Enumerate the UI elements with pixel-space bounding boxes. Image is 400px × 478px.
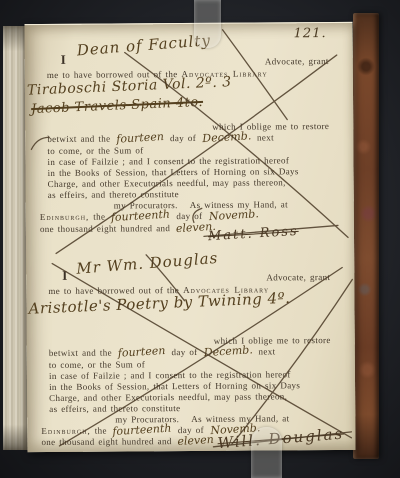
photo-of-register-page: { "page": { "number": "121.", "paper_col…: [0, 0, 400, 478]
entry2-year-word: eleven: [177, 433, 214, 448]
entry2-year-line: one thousand eight hundred and eleven: [41, 431, 216, 450]
entry1-return-month: Decemb.: [202, 129, 252, 145]
borrow-entry-1: I Dean of Faculty Advocate, grant me to …: [25, 23, 353, 25]
entry1-borrower-name: Dean of Faculty: [77, 36, 211, 56]
marbled-board-edge: [353, 13, 379, 459]
entry1-signature: Matt. Ross: [208, 224, 299, 243]
entry2-advocate-grant: Advocate, grant: [266, 267, 330, 285]
entry2-book-title-1: Aristotle's Poetry by Twining 4º.: [28, 293, 290, 314]
entry2-borrower-name: Mr Wm. Douglas: [76, 254, 218, 274]
register-page: 121. I Dean of Faculty Advocate, grant m…: [25, 22, 356, 452]
entry1-book-title-2-struck: Jacob Travels Spain 4to.: [31, 96, 203, 115]
page-holder-strip-top: [194, 0, 221, 48]
page-holder-strip-bottom: [251, 427, 282, 478]
page-number: 121.: [294, 26, 327, 41]
borrow-entry-2: I Mr Wm. Douglas Advocate, grant me to h…: [25, 23, 353, 25]
entry1-advocate-grant: Advocate, grant: [265, 51, 329, 69]
entry2-return-month: Decemb.: [203, 343, 253, 359]
entry1-year-line: one thousand eight hundred and eleven.: [40, 218, 218, 237]
entry1-book-title-1: Tiraboschi Storia Vol. 2º. 3: [27, 77, 232, 96]
